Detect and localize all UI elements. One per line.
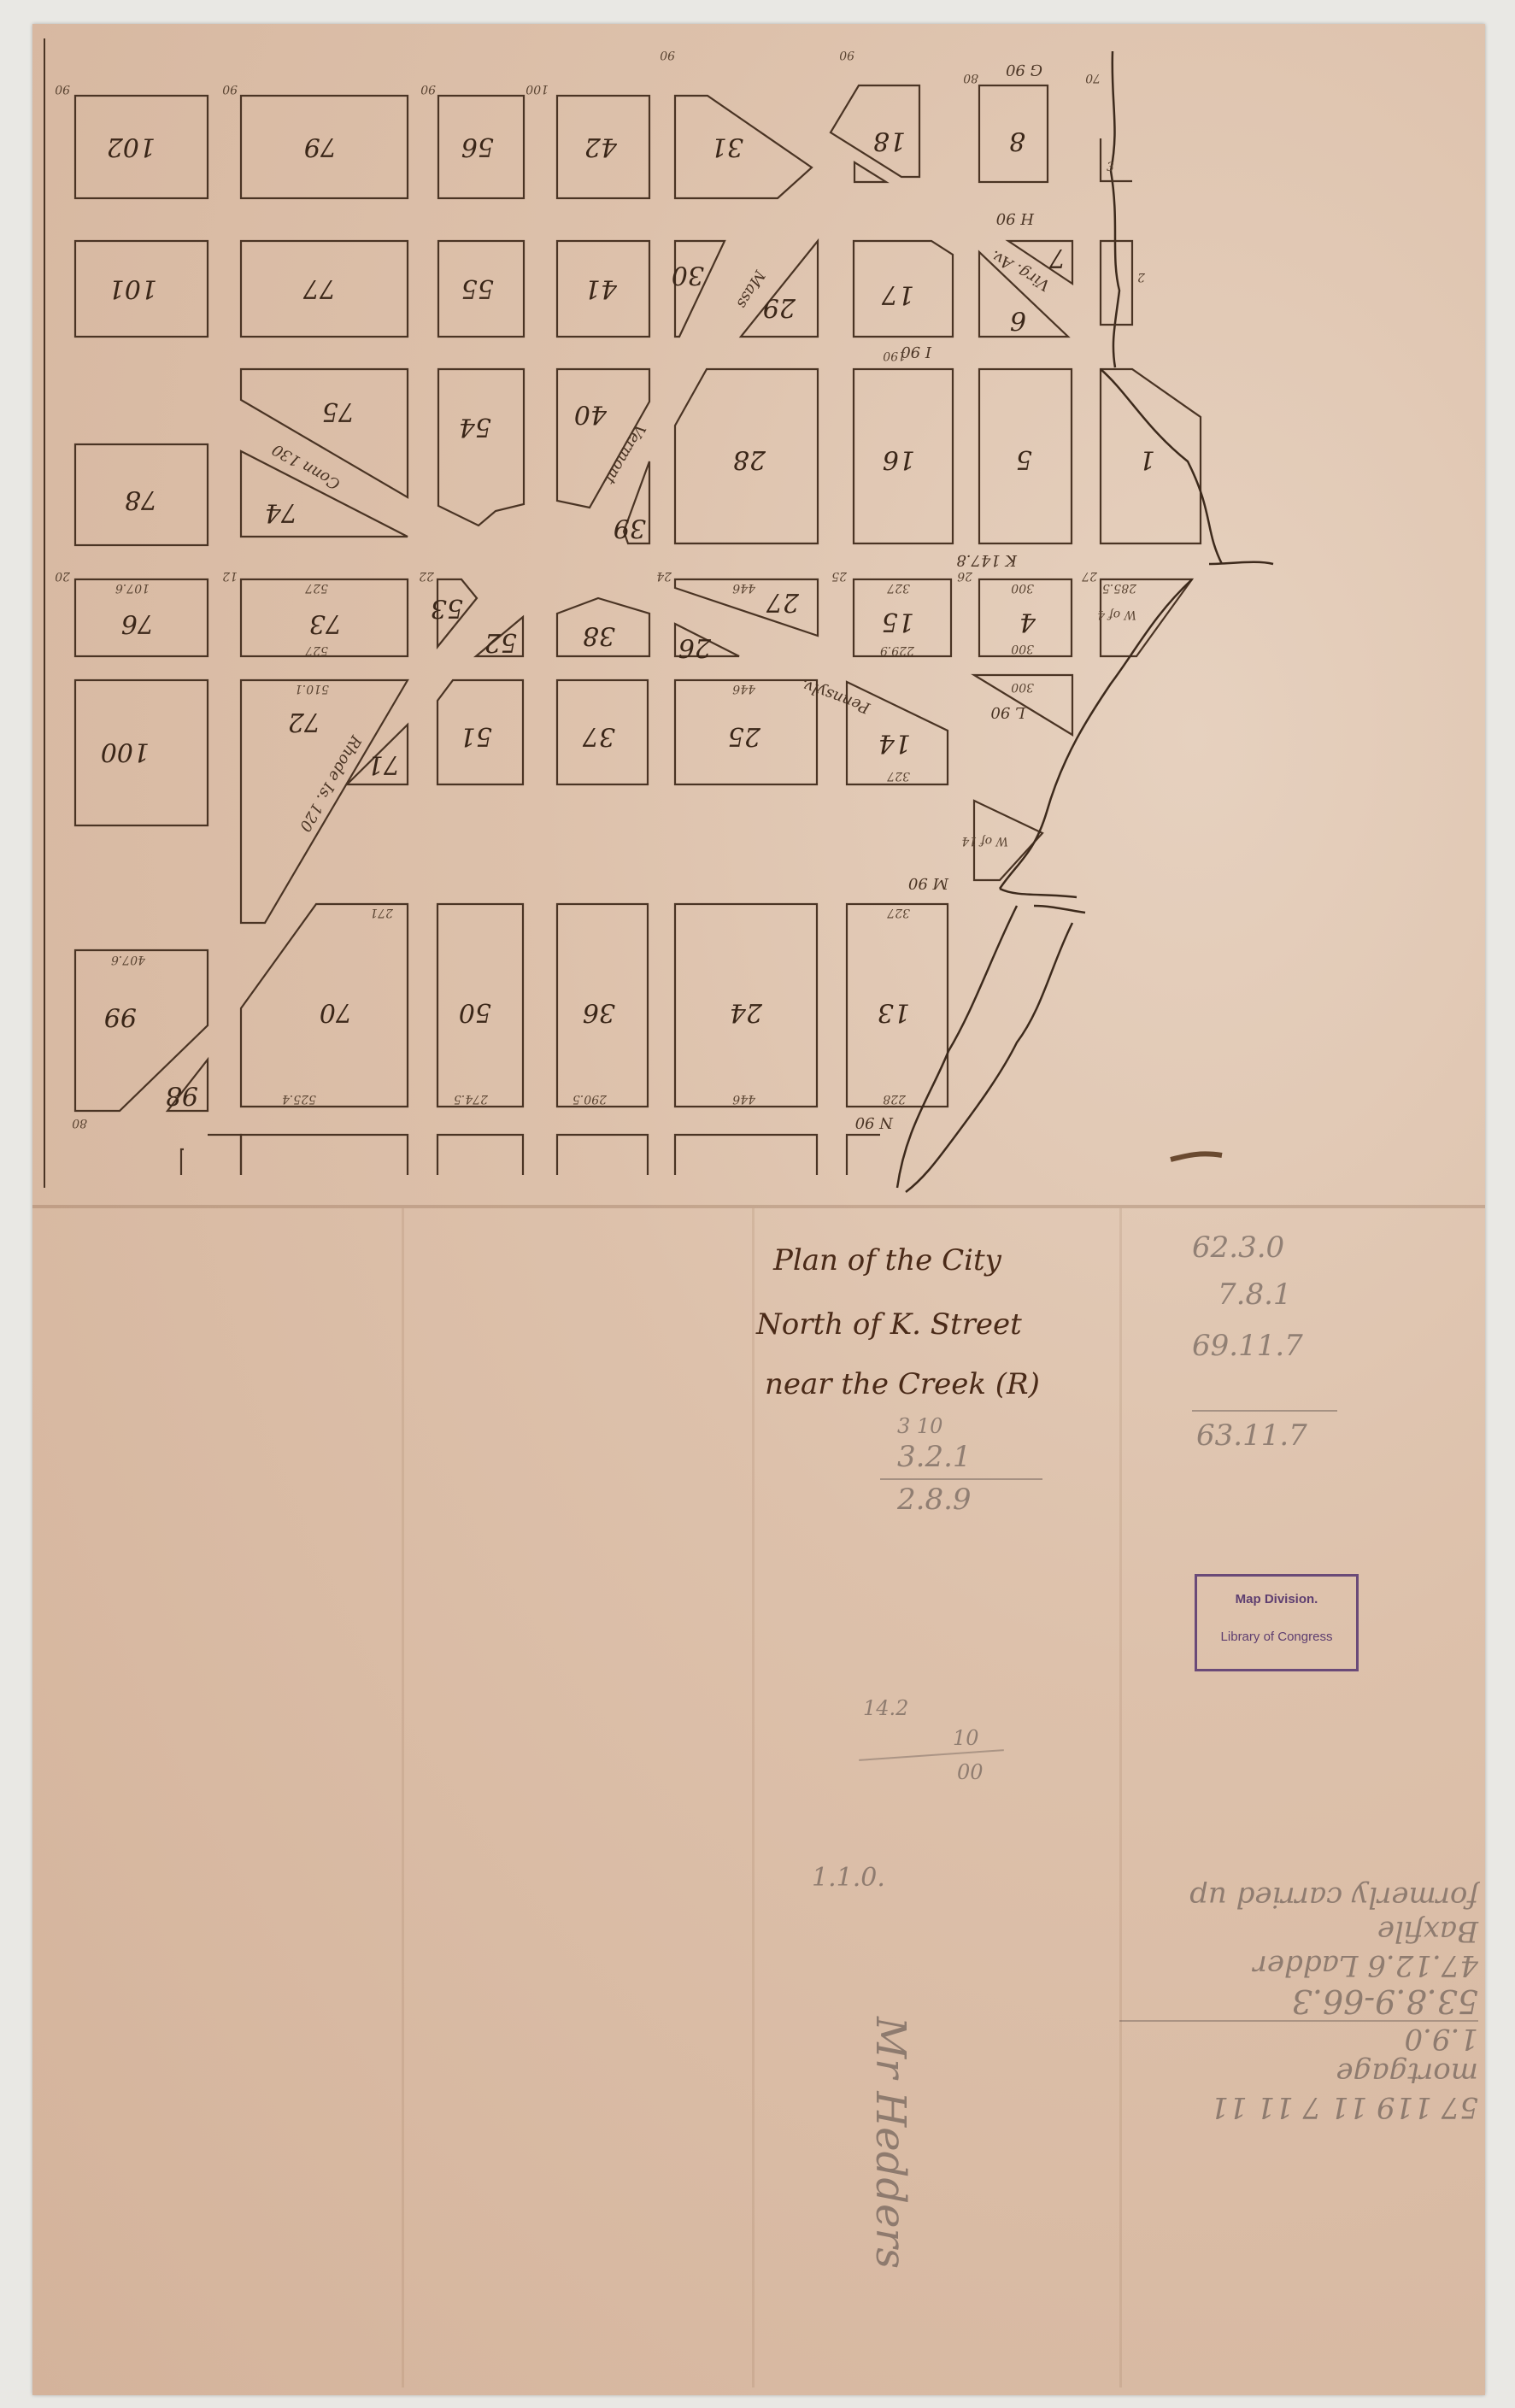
map-label: 90: [55, 82, 70, 96]
map-label: 271: [370, 906, 394, 919]
map-label: 71: [367, 749, 400, 779]
pencil-sum-3: 69.11.7: [1192, 1329, 1303, 1363]
street-label-k: K 147.8: [956, 551, 1018, 569]
map-label: 99: [104, 1001, 137, 1031]
map-label: 190: [883, 349, 906, 362]
map-label: 50: [459, 997, 491, 1027]
map-label: 102: [107, 132, 156, 162]
block-partial: [437, 1135, 523, 1175]
map-label: 98: [166, 1080, 198, 1110]
map-label: W of 14: [961, 834, 1008, 848]
pencil-middle-3: 00: [957, 1760, 984, 1784]
map-label: 107.6: [115, 581, 150, 595]
pencil-sum-4: 63.11.7: [1196, 1418, 1307, 1453]
block-16: 16: [854, 369, 953, 543]
block-74: 74: [241, 451, 408, 537]
map-label: 55: [461, 273, 494, 303]
map-label: 2: [1137, 270, 1146, 284]
pencil-sum-1: 62.3.0: [1192, 1230, 1284, 1265]
block-38: 38: [557, 598, 649, 656]
block-41: 41: [557, 241, 649, 337]
map-label: 228: [883, 1092, 907, 1106]
block-partial: [208, 1135, 241, 1175]
map-label: 38: [583, 620, 615, 650]
pencil-rule: [1192, 1410, 1337, 1412]
map-label: 90: [660, 48, 675, 62]
map-label: 80: [963, 71, 978, 85]
creek-line: [1000, 889, 1077, 897]
block-28: 28: [675, 369, 818, 543]
block-1: 1: [1101, 369, 1201, 543]
map-label: 17: [881, 279, 914, 309]
map-label: 300: [1011, 680, 1034, 694]
pencil-sum-2: 7.8.1: [1218, 1277, 1292, 1312]
stamp-line-1: Map Division.: [1197, 1592, 1356, 1606]
map-label: 300: [1011, 642, 1034, 655]
block-17: 17: [854, 241, 953, 337]
block-24: 24: [675, 904, 817, 1107]
map-label: 285.5: [1102, 581, 1137, 595]
map-line: [1101, 138, 1132, 181]
block-37: 37: [557, 680, 648, 784]
creek-line: [897, 906, 1017, 1188]
map-label: 13: [878, 997, 910, 1027]
map-title-line-1: Plan of the City: [773, 1243, 1001, 1277]
map-label: 30: [672, 260, 704, 290]
map-label: 25: [728, 721, 761, 751]
block-101: 101: [75, 241, 208, 337]
map-title-line-2: North of K. Street: [756, 1307, 1022, 1342]
map-label: 7: [1048, 243, 1066, 273]
creek-line: [1209, 562, 1273, 564]
map-label: 26: [957, 569, 973, 583]
map-label: 527: [305, 643, 328, 657]
block-55: 55: [438, 241, 524, 337]
block-partial: [241, 1135, 408, 1175]
map-label: W of 4: [1097, 608, 1136, 621]
street-label-g: G 90: [1006, 61, 1042, 79]
block-3: 3: [1101, 138, 1132, 181]
map-label: 24: [730, 997, 763, 1027]
block-5: 5: [979, 369, 1072, 543]
block-50: 50: [437, 904, 523, 1107]
map-label: 56: [461, 132, 494, 162]
pencil-notes-upside-down: 57 119 11 7 11 11 mortgage 1.9.0 53.8.9-…: [1119, 1880, 1478, 2124]
map-label: 42: [584, 132, 618, 162]
pencil-center-1: 3 10: [897, 1414, 942, 1438]
block-102: 102: [75, 96, 208, 198]
map-label: 53: [431, 593, 463, 623]
pencil-note-line: formerly carried up: [1119, 1880, 1478, 1914]
map-label: 446: [732, 682, 756, 696]
map-label: 77: [302, 273, 336, 303]
map-label: 16: [883, 444, 915, 474]
map-label: 90: [420, 82, 436, 96]
map-label: 27: [766, 587, 800, 617]
block-54: 54: [438, 369, 524, 526]
map-label: 327: [887, 769, 910, 783]
map-label: 52: [484, 627, 517, 657]
map-label: 18: [873, 126, 906, 156]
map-label: 36: [583, 997, 615, 1027]
map-label: 90: [839, 48, 854, 62]
block-partial: [847, 1135, 880, 1175]
block-18: 18: [831, 85, 919, 177]
map-label: 72: [288, 707, 320, 737]
map-label: 4: [1019, 607, 1036, 637]
boundary-line: [1111, 51, 1119, 367]
block-w-of-14: W of 14: [961, 801, 1042, 880]
pencil-vertical-signature: Mr Hedders: [866, 2017, 914, 2269]
block-100: 100: [75, 680, 208, 825]
map-label: 80: [72, 1116, 87, 1130]
map-label: 3: [1107, 161, 1114, 174]
map-label: 24: [656, 569, 672, 583]
pencil-lower: 1.1.0.: [812, 1863, 885, 1893]
pencil-middle-2: 10: [953, 1726, 979, 1750]
stamp-line-2: Library of Congress: [1197, 1629, 1356, 1644]
map-label: 70: [320, 997, 352, 1027]
map-label: 27: [1082, 569, 1098, 583]
map-label: 15: [882, 607, 914, 637]
block-79: 79: [241, 96, 408, 198]
pencil-rule: [880, 1478, 1042, 1480]
map-label: 8: [1009, 126, 1025, 156]
pencil-note-line: 47.12.6 Ladder: [1119, 1948, 1478, 1982]
map-label: 100: [526, 82, 549, 96]
ink-blot: [1171, 1154, 1222, 1160]
block-77: 77: [241, 241, 408, 337]
map-label: 101: [109, 273, 157, 303]
map-label: 527: [305, 581, 328, 595]
map-label: 73: [309, 608, 342, 638]
map-label: 70: [1085, 71, 1101, 85]
block-98: 98: [166, 1060, 208, 1111]
block-partial: [181, 1149, 184, 1175]
map-label: 79: [304, 132, 337, 162]
street-label-n: N 90: [855, 1113, 894, 1131]
map-label: 327: [887, 906, 910, 919]
block-partial: [557, 1135, 648, 1175]
pencil-note-line: 57 119 11 7 11 11 mortgage: [1119, 2056, 1478, 2124]
map-label: 31: [711, 132, 743, 162]
map-label: 6: [1010, 305, 1026, 335]
street-label-m: M 90: [908, 874, 949, 892]
map-label: 54: [459, 412, 491, 442]
map-label: 274.5: [454, 1092, 489, 1106]
map-label: 37: [582, 721, 615, 751]
block-70: 70: [241, 904, 408, 1107]
map-label: 75: [322, 396, 355, 426]
street-label-h: H 90: [996, 209, 1035, 227]
map-label: 40: [574, 399, 608, 429]
map-label: 12: [222, 569, 238, 583]
block-26: 26: [675, 624, 739, 662]
pencil-center-2: 3.2.1: [897, 1440, 972, 1474]
creek-line: [1101, 369, 1222, 564]
map-label: 300: [1011, 581, 1034, 595]
block-42: 42: [557, 96, 649, 198]
map-label: 229.9: [880, 643, 915, 657]
library-stamp: Map Division. Library of Congress: [1195, 1574, 1359, 1671]
map-label: 41: [584, 273, 618, 303]
block-partial: [675, 1135, 817, 1175]
block-13: 13: [847, 904, 948, 1107]
map-label: 26: [678, 632, 712, 662]
block-2: 2: [1101, 241, 1146, 325]
map-label: 510.1: [295, 682, 329, 696]
block-52: 52: [476, 617, 523, 657]
block-36: 36: [557, 904, 648, 1107]
block-56: 56: [438, 96, 524, 198]
street-label-pennsylvania: Pennsylv.: [799, 676, 873, 718]
pencil-note-line: 1.9.0: [1119, 2022, 1478, 2056]
map-label: 22: [419, 569, 435, 583]
map-label: 446: [732, 581, 756, 595]
pencil-center-3: 2.8.9: [897, 1483, 972, 1517]
map-label: 14: [878, 728, 911, 758]
map-label: 5: [1016, 444, 1032, 474]
street-label-vermont: Vermont: [600, 421, 649, 488]
block-31: 31: [675, 96, 812, 198]
map-label: 25: [831, 569, 848, 583]
map-label: 39: [614, 513, 646, 543]
creek-line: [1034, 906, 1085, 913]
map-label: 78: [125, 485, 157, 514]
map-label: 74: [265, 497, 297, 527]
map-label: 20: [55, 569, 71, 583]
creek-line: [906, 923, 1072, 1192]
map-label: 1: [1139, 444, 1155, 474]
street-label-rhode: Rhode Is. 120: [296, 731, 366, 835]
pencil-note-line: Baxfile: [1119, 1914, 1478, 1948]
map-label: 100: [101, 737, 150, 766]
map-label: 290.5: [573, 1092, 608, 1106]
street-label-l: L 90: [990, 703, 1026, 721]
block-8: 8: [979, 85, 1048, 182]
block-53: 53: [431, 579, 477, 647]
block-51: 51: [437, 680, 523, 784]
map-label: 525.4: [282, 1092, 316, 1106]
map-label: 76: [121, 608, 154, 638]
block-30: 30: [672, 241, 725, 337]
map-label: 446: [732, 1092, 756, 1106]
pencil-note-line: 53.8.9-66.3: [1119, 1982, 1478, 2022]
block-78: 78: [75, 444, 208, 545]
map-label: 28: [733, 444, 766, 474]
map-label: 327: [887, 581, 910, 595]
map-title-line-3: near the Creek (R): [765, 1367, 1040, 1401]
map-label: 407.6: [111, 953, 146, 966]
map-label: 90: [222, 82, 238, 96]
map-label: 29: [763, 292, 796, 322]
map-label: 51: [460, 721, 492, 751]
pencil-middle-1: 14.2: [863, 1696, 908, 1720]
